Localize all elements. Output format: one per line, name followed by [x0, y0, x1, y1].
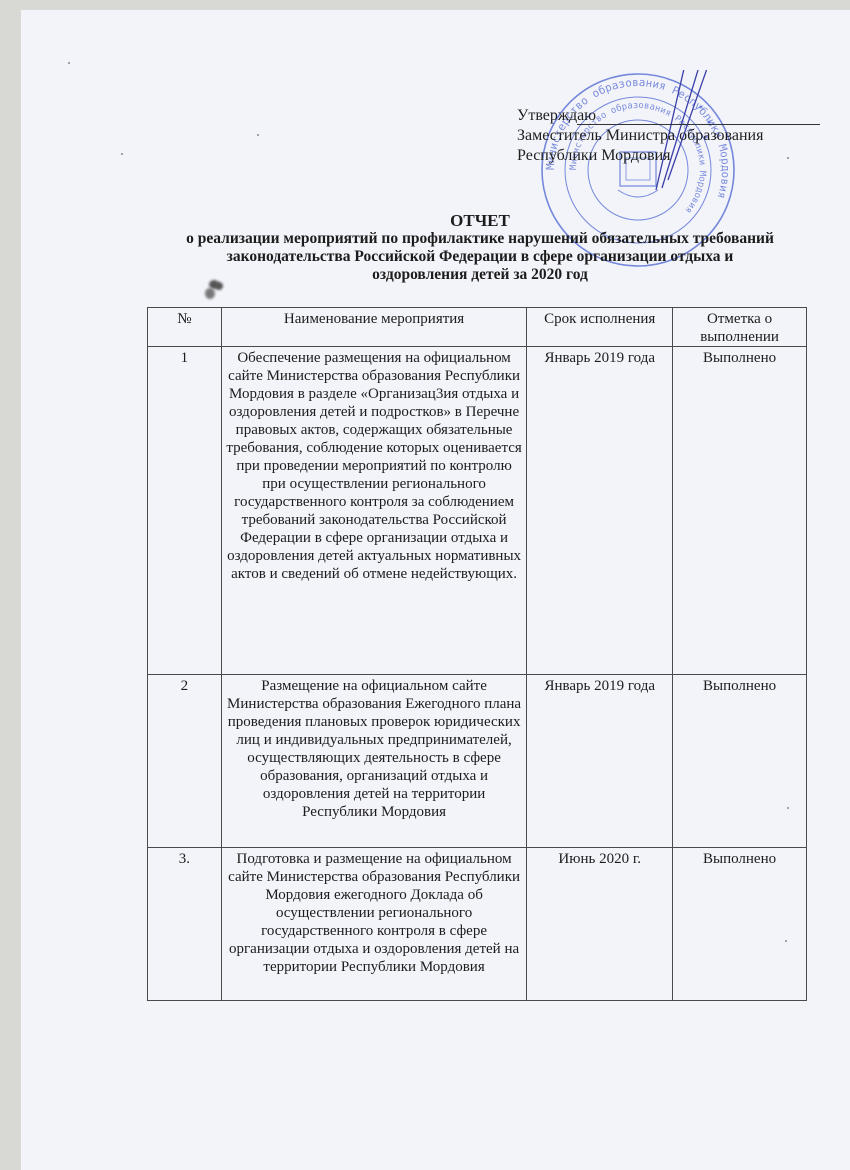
report-title: ОТЧЕТ о реализации мероприятий по профил… [140, 212, 820, 284]
row-number: 3. [148, 848, 222, 1001]
table-header-row: № Наименование мероприятия Срок исполнен… [148, 308, 807, 347]
row-status: Выполнено [673, 848, 807, 1001]
speck [121, 153, 123, 155]
table-row: 2 Размещение на официальном сайте Минист… [148, 675, 807, 848]
header-status: Отметка о выполнении [673, 308, 807, 347]
row-event-name: Обеспечение размещения на официальном са… [221, 347, 526, 675]
row-status: Выполнено [673, 347, 807, 675]
row-event-name: Подготовка и размещение на официальном с… [221, 848, 526, 1001]
table-row: 3. Подготовка и размещение на официально… [148, 848, 807, 1001]
approval-position-line1: Заместитель Министра образования [517, 126, 763, 146]
header-number: № [148, 308, 222, 347]
header-event-name: Наименование мероприятия [221, 308, 526, 347]
header-deadline: Срок исполнения [527, 308, 673, 347]
table-row: 1 Обеспечение размещения на официальном … [148, 347, 807, 675]
title-line-1: о реализации мероприятий по профилактике… [140, 230, 820, 248]
approval-position-line2: Республики Мордовия [517, 146, 763, 166]
row-number: 2 [148, 675, 222, 848]
report-table: № Наименование мероприятия Срок исполнен… [147, 307, 807, 1001]
row-deadline: Январь 2019 года [527, 675, 673, 848]
row-event-name: Размещение на официальном сайте Министер… [221, 675, 526, 848]
speck [257, 134, 259, 136]
title-main: ОТЧЕТ [140, 212, 820, 230]
speck [68, 62, 70, 64]
title-line-2: законодательства Российской Федерации в … [140, 248, 820, 266]
speck [787, 157, 789, 159]
title-line-3: оздоровления детей за 2020 год [140, 266, 820, 284]
row-status: Выполнено [673, 675, 807, 848]
row-number: 1 [148, 347, 222, 675]
approval-block: Утверждаю Заместитель Министра образован… [517, 106, 763, 166]
signature-line [577, 124, 820, 125]
approval-label: Утверждаю [517, 106, 763, 126]
row-deadline: Январь 2019 года [527, 347, 673, 675]
row-deadline: Июнь 2020 г. [527, 848, 673, 1001]
